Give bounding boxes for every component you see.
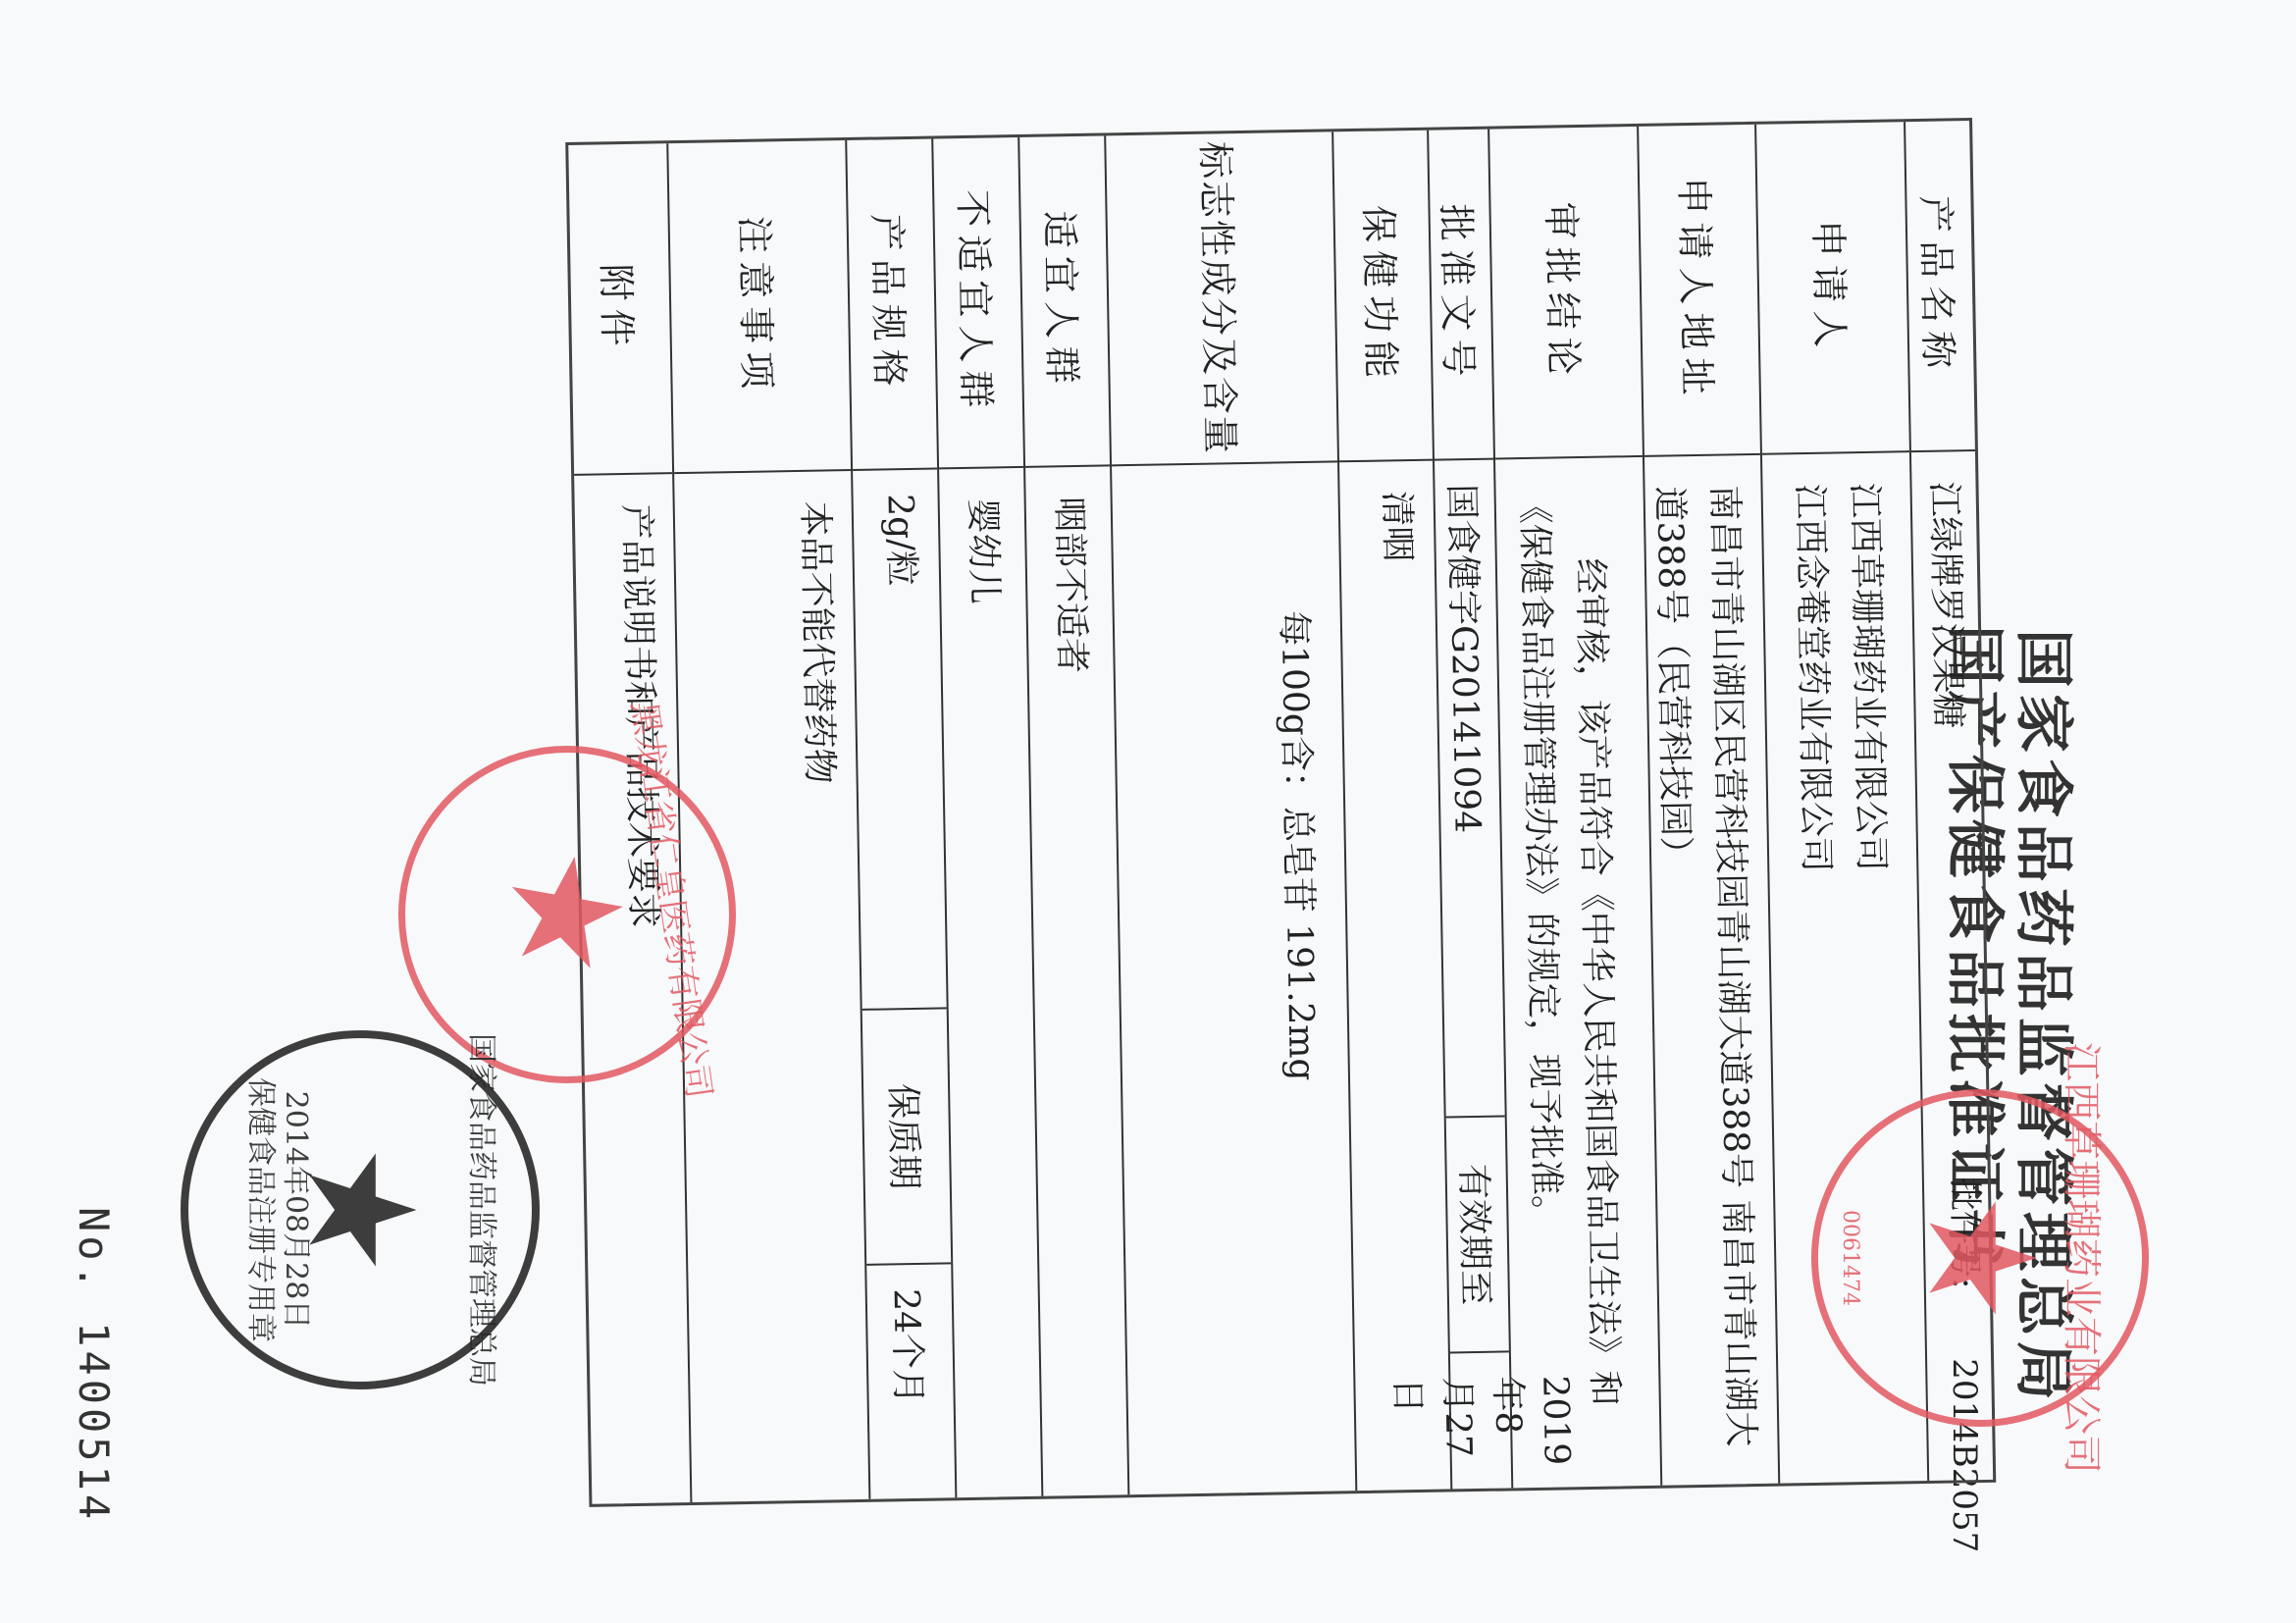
row-label: 标志性成分及含量 [1106,131,1337,466]
row-value: 清咽 [1339,461,1450,1491]
row-value: 南昌市青山湖区民营科技园青山湖大道388号 南昌市青山湖大道388号（民营科技园… [1644,455,1778,1486]
stamp-inner-text: 2014年08月28日 保健食品注册专用章 [242,1038,313,1382]
stamp-code: 0061474 [1838,1210,1862,1306]
row-label: 产品规格 [847,139,937,471]
table-row: 申请人地址 南昌市青山湖区民营科技园青山湖大道388号 南昌市青山湖大道388号… [1639,125,1780,1486]
row-label: 批准文号 [1429,130,1493,461]
row-value: 2g/粒 [853,469,947,1010]
row-extra-value: 24个月 [866,1264,955,1498]
table-row: 审批结论 经审核，该产品符合《中华人民共和国食品卫生法》和《保健食品注册管理办法… [1489,127,1662,1488]
star-icon: ★ [1906,1192,2054,1324]
star-icon: ★ [485,839,649,990]
row-value: 婴幼儿 [939,468,1041,1497]
row-value: 每100g含：总皂苷 191.2mg [1112,462,1355,1494]
row-label: 审批结论 [1489,127,1643,460]
stamp-date: 2014年08月28日 [278,1038,313,1382]
authority-seal-stamp: ★ 国家食品药品监督管理总局 2014年08月28日 保健食品注册专用章 [181,1030,540,1389]
stamp-purpose: 保健食品注册专用章 [242,1038,278,1382]
table-row: 标志性成分及含量 每100g含：总皂苷 191.2mg [1106,131,1357,1494]
row-value: 国食健字G20141094 [1435,460,1505,1119]
row-label: 产品名称 [1905,121,1975,452]
serial-number: No. 1400514 [70,1207,118,1523]
row-label: 不适宜人群 [933,137,1023,469]
row-value: 经审核，该产品符合《中华人民共和国食品卫生法》和《保健食品注册管理办法》的规定，… [1495,457,1660,1488]
row-extra-label: 保质期 [862,1009,952,1265]
row-label: 附件 [568,143,672,476]
stamp-text: 江西草珊瑚药业有限公司 [2057,1042,2113,1474]
row-value: 咽部不适者 [1025,466,1127,1495]
company-seal-stamp: ★ 江西草珊瑚药业有限公司 0061474 [1811,1089,2149,1427]
row-label: 保健功能 [1333,131,1433,463]
row-label: 适宜人群 [1019,135,1110,467]
stamp-ring-text: 国家食品药品监督管理总局 [463,1033,506,1387]
approval-table: 产品名称 江绿牌罗汉果糖 申请人 江西草珊瑚药业有限公司 江西念菴堂药业有限公司… [565,118,1996,1507]
row-label: 申请人 [1756,122,1909,455]
row-label: 申请人地址 [1639,125,1760,457]
row-extra-value: 2019年8月27日 [1450,1352,1511,1491]
certificate-page: 国家食品药品监督管理总局 国产保健食品批准证书 批件号: 2014B2057 产… [0,0,2296,1623]
row-extra-label: 有效期至 [1446,1117,1509,1353]
row-label: 注意事项 [668,140,851,474]
